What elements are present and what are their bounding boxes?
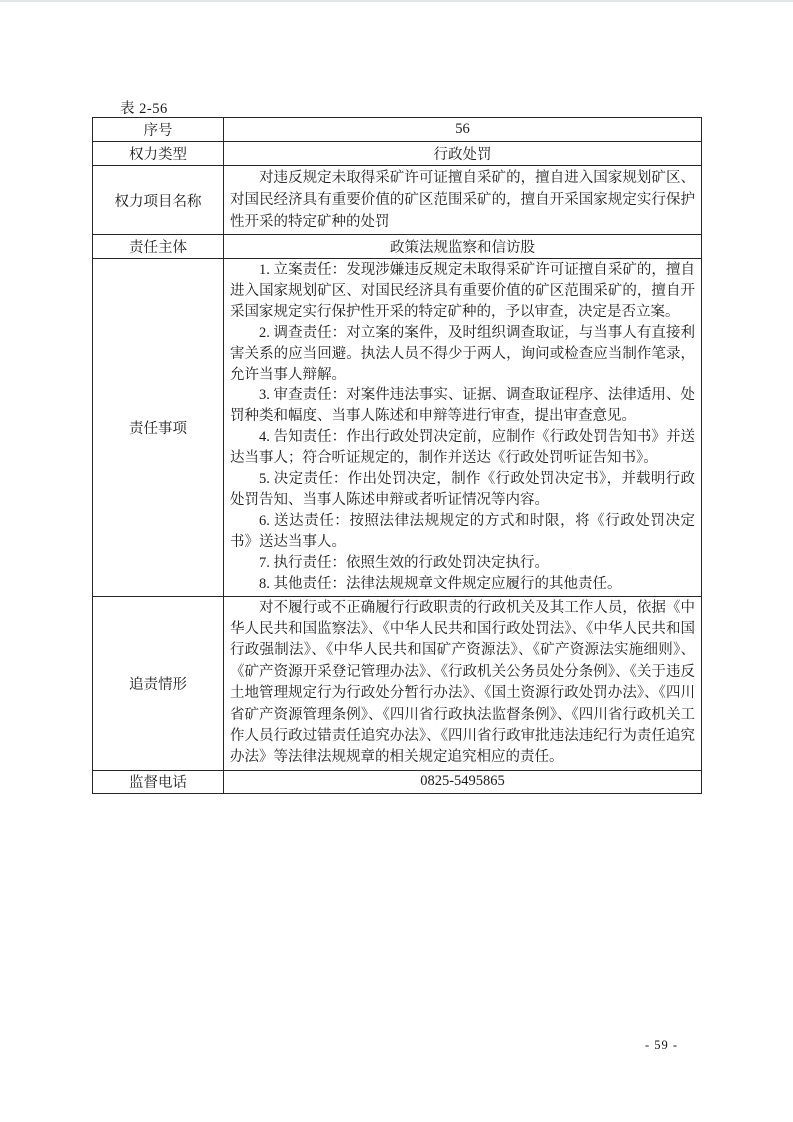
paragraph-duty-1: 1. 立案责任：发现涉嫌违反规定未取得采矿许可证擅自采矿的，擅自进入国家规划矿区…: [230, 260, 695, 323]
row-value-power-type: 行政处罚: [224, 142, 702, 166]
paragraph-accountability: 对不履行或不正确履行行政职责的行政机关及其工作人员，依据《中华人民共和国监察法》…: [230, 598, 695, 769]
row-label-supervision-phone: 监督电话: [93, 770, 224, 793]
table-caption: 表 2-56: [120, 97, 168, 118]
row-label-accountability-circumstances: 追责情形: [93, 596, 224, 770]
table-row-serial-number: 序号 56: [93, 118, 702, 142]
row-label-power-type: 权力类型: [93, 142, 224, 166]
table-row-responsibility-items: 责任事项 1. 立案责任：发现涉嫌违反规定未取得采矿许可证擅自采矿的，擅自进入国…: [93, 259, 702, 597]
power-responsibility-table: 序号 56 权力类型 行政处罚 权力项目名称 对违反规定未取得采矿许可证擅自采矿…: [92, 117, 702, 794]
table-row-accountability-circumstances: 追责情形 对不履行或不正确履行行政职责的行政机关及其工作人员，依据《中华人民共和…: [93, 596, 702, 770]
row-label-power-item-name: 权力项目名称: [93, 166, 224, 235]
table-row-supervision-phone: 监督电话 0825-5495865: [93, 770, 702, 793]
row-value-accountability-circumstances: 对不履行或不正确履行行政职责的行政机关及其工作人员，依据《中华人民共和国监察法》…: [224, 596, 702, 770]
paragraph-duty-7: 7. 执行责任：依照生效的行政处罚决定执行。: [230, 553, 695, 574]
table-row-power-item-name: 权力项目名称 对违反规定未取得采矿许可证擅自采矿的，擅自进入国家规划矿区、对国民…: [93, 166, 702, 235]
row-value-responsible-entity: 政策法规监察和信访股: [224, 235, 702, 259]
row-value-power-item-name: 对违反规定未取得采矿许可证擅自采矿的，擅自进入国家规划矿区、对国民经济具有重要价…: [224, 166, 702, 235]
page-number: - 59 -: [645, 1038, 678, 1053]
paragraph-duty-6: 6. 送达责任：按照法律法规规定的方式和时限，将《行政处罚决定书》送达当事人。: [230, 511, 695, 553]
row-label-responsibility-items: 责任事项: [93, 259, 224, 597]
paragraph: 对违反规定未取得采矿许可证擅自采矿的，擅自进入国家规划矿区、对国民经济具有重要价…: [230, 167, 695, 233]
row-value-supervision-phone: 0825-5495865: [224, 770, 702, 793]
row-value-responsibility-items: 1. 立案责任：发现涉嫌违反规定未取得采矿许可证擅自采矿的，擅自进入国家规划矿区…: [224, 259, 702, 597]
row-label-serial-number: 序号: [93, 118, 224, 142]
document-page: 表 2-56 序号 56 权力类型 行政处罚 权力项目名称 对违反规定未取得采矿…: [0, 0, 793, 1122]
row-value-serial-number: 56: [224, 118, 702, 142]
paragraph-duty-5: 5. 决定责任：作出处罚决定，制作《行政处罚决定书》，并载明行政处罚告知、当事人…: [230, 469, 695, 511]
paragraph-duty-4: 4. 告知责任：作出行政处罚决定前，应制作《行政处罚告知书》并送达当事人；符合听…: [230, 427, 695, 469]
paragraph-duty-3: 3. 审查责任：对案件违法事实、证据、调查取证程序、法律适用、处罚种类和幅度、当…: [230, 385, 695, 427]
table-row-power-type: 权力类型 行政处罚: [93, 142, 702, 166]
paragraph-duty-8: 8. 其他责任：法律法规规章文件规定应履行的其他责任。: [230, 574, 695, 595]
table-row-responsible-entity: 责任主体 政策法规监察和信访股: [93, 235, 702, 259]
paragraph-duty-2: 2. 调查责任：对立案的案件，及时组织调查取证，与当事人有直接利害关系的应当回避…: [230, 323, 695, 386]
row-label-responsible-entity: 责任主体: [93, 235, 224, 259]
